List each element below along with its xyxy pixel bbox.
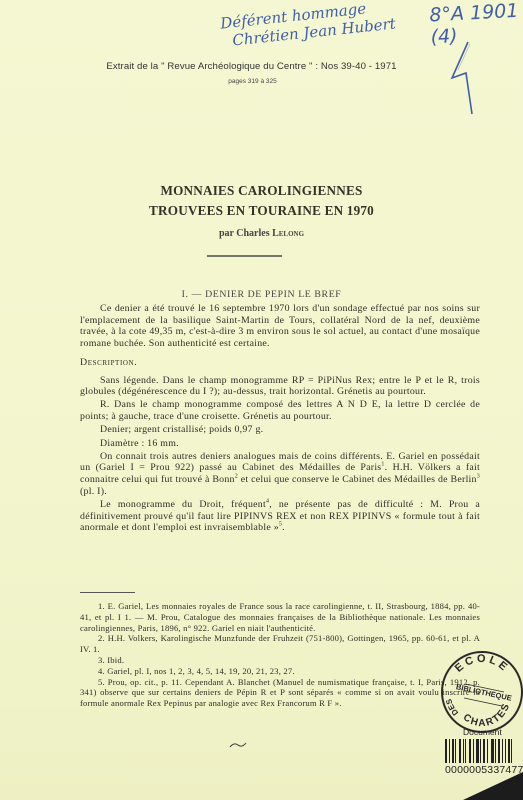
footnote-5: 5. Prou, op. cit., p. 11. Cependant A. B… — [80, 677, 480, 709]
text-run: et celui que conserve le Cabinet des Méd… — [238, 474, 477, 485]
monogram-paragraph: Le monogramme du Droit, fréquent4, ne pr… — [80, 499, 480, 534]
scanned-page: Déférent hommage Chrétien Jean Hubert 8°… — [0, 0, 523, 800]
text-run: Le monogramme du Droit, fréquent — [100, 499, 266, 510]
library-stamp-icon: ECOLE CHARTES DES BIBLIOTHEQUE — [438, 648, 523, 736]
footnote-divider — [80, 592, 135, 593]
article-author: par Charles Lelong — [0, 228, 523, 239]
intro-paragraph: Ce denier a été trouvé le 16 septembre 1… — [80, 303, 480, 350]
barcode — [445, 739, 520, 763]
description-label: Description. — [80, 357, 480, 369]
reverse-paragraph: R. Dans le champ monogramme composé des … — [80, 399, 480, 422]
footnote-3: 3. Ibid. — [80, 655, 480, 666]
text-run: (pl. I). — [80, 486, 107, 497]
handwritten-correction-mark-icon — [229, 742, 247, 748]
stamp-middle-text: BIBLIOTHEQUE — [455, 682, 512, 703]
section-heading: I. — DENIER DE PEPIN LE BREF — [0, 289, 523, 300]
stamp-left-text: DES — [444, 697, 460, 717]
article-title-line2: TROUVEES EN TOURAINE EN 1970 — [0, 203, 523, 219]
svg-text:DES: DES — [444, 697, 460, 717]
author-surname: Lelong — [272, 228, 304, 239]
footnotes: 1. E. Gariel, Les monnaies royales de Fr… — [80, 601, 480, 709]
barcode-label: Document — [463, 727, 502, 737]
obverse-paragraph: Sans légende. Dans le champ monogramme R… — [80, 375, 480, 398]
diameter-line: Diamètre : 16 mm. — [80, 438, 480, 450]
body-text: Ce denier a été trouvé le 16 septembre 1… — [80, 303, 480, 536]
known-deniers-paragraph: On connait trois autres deniers analogue… — [80, 451, 480, 498]
footnote-ref: 3 — [477, 474, 480, 480]
article-title-line1: MONNAIES CAROLINGIENNES — [0, 183, 523, 199]
page-range: pages 319 à 325 — [0, 78, 523, 85]
footnote-2: 2. H.H. Volkers, Karolingische Munzfunde… — [80, 633, 480, 655]
scan-corner-shadow — [463, 772, 523, 800]
svg-text:ECOLE: ECOLE — [453, 653, 512, 675]
offprint-source-line: Extrait de la " Revue Archéologique du C… — [0, 61, 523, 72]
title-divider — [207, 255, 282, 257]
text-run: . — [282, 522, 285, 533]
stamp-top-text: ECOLE — [453, 653, 512, 675]
footnote-1: 1. E. Gariel, Les monnaies royales de Fr… — [80, 601, 480, 633]
author-prefix: par Charles — [219, 228, 270, 239]
footnote-4: 4. Gariel, pl. I, nos 1, 2, 3, 4, 5, 14,… — [80, 666, 480, 677]
metal-line: Denier; argent cristallisé; poids 0,97 g… — [80, 424, 480, 436]
